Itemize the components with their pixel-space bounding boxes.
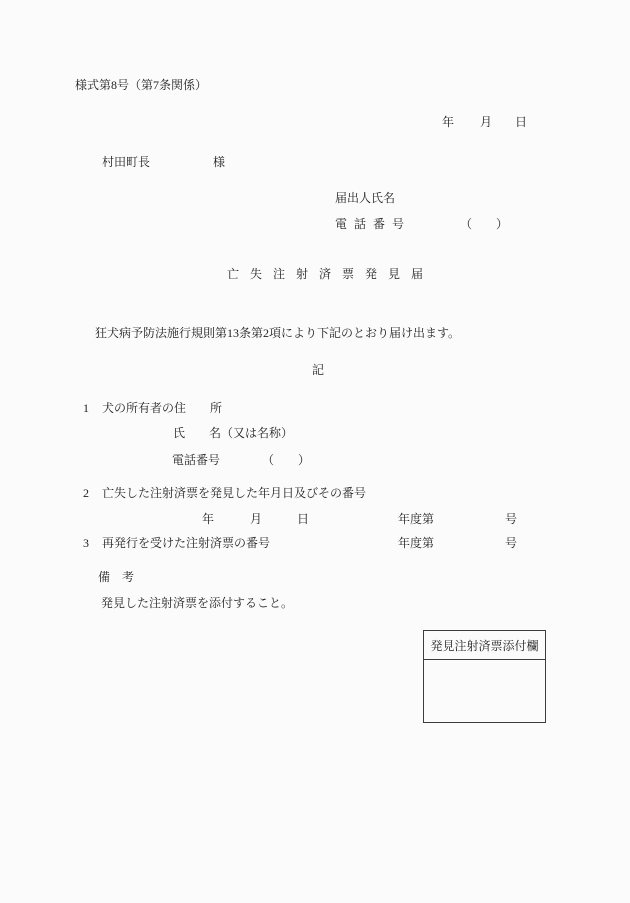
form-number: 様式第8号（第7条関係） (75, 78, 207, 92)
item1-owner-address-label: 犬の所有者の住 所 (102, 401, 222, 415)
item2-year-label: 年 (202, 512, 214, 526)
item2-fiscal-year-prefix: 年度第 (398, 512, 434, 526)
statement-text: 狂犬病予防法施行規則第13条第2項により下記のとおり届け出ます。 (95, 326, 460, 340)
item2-number-suffix: 号 (505, 512, 517, 526)
item2-number: 2 (83, 486, 89, 500)
date-year-label: 年 (442, 115, 454, 129)
addressee-name: 村田町長 (102, 155, 150, 169)
notifier-phone-blank: （ ） (460, 217, 508, 231)
item1-number: 1 (83, 401, 89, 415)
item2-text: 亡失した注射済票を発見した年月日及びその番号 (102, 486, 366, 500)
remarks-text: 発見した注射済票を添付すること。 (101, 596, 293, 610)
date-day-label: 日 (515, 115, 527, 129)
attachment-box-empty-area (424, 660, 545, 723)
remarks-label: 備 考 (98, 570, 134, 584)
item2-day-label: 日 (297, 512, 309, 526)
item3-text: 再発行を受けた注射済票の番号 (102, 536, 270, 550)
notifier-phone-label: 電 話 番 号 (335, 217, 406, 231)
addressee-honorific: 様 (213, 155, 225, 169)
date-month-label: 月 (480, 115, 492, 129)
attachment-box-title: 発見注射済票添付欄 (424, 631, 545, 660)
item3-number: 3 (83, 536, 89, 550)
attachment-box: 発見注射済票添付欄 (423, 630, 546, 723)
record-heading: 記 (312, 363, 324, 377)
item1-owner-name-label: 氏 名（又は名称） (173, 426, 293, 440)
item3-fiscal-year-prefix: 年度第 (398, 536, 434, 550)
form-title: 亡 失 注 射 済 票 発 見 届 (227, 267, 427, 281)
item1-phone-label: 電話番号 (172, 453, 220, 467)
form-page: 様式第8号（第7条関係） 年 月 日 村田町長 様 届出人氏名 電 話 番 号 … (0, 0, 630, 903)
item1-phone-blank: （ ） (262, 453, 310, 467)
item3-number-suffix: 号 (505, 536, 517, 550)
item2-month-label: 月 (250, 512, 262, 526)
notifier-name-label: 届出人氏名 (335, 191, 395, 205)
